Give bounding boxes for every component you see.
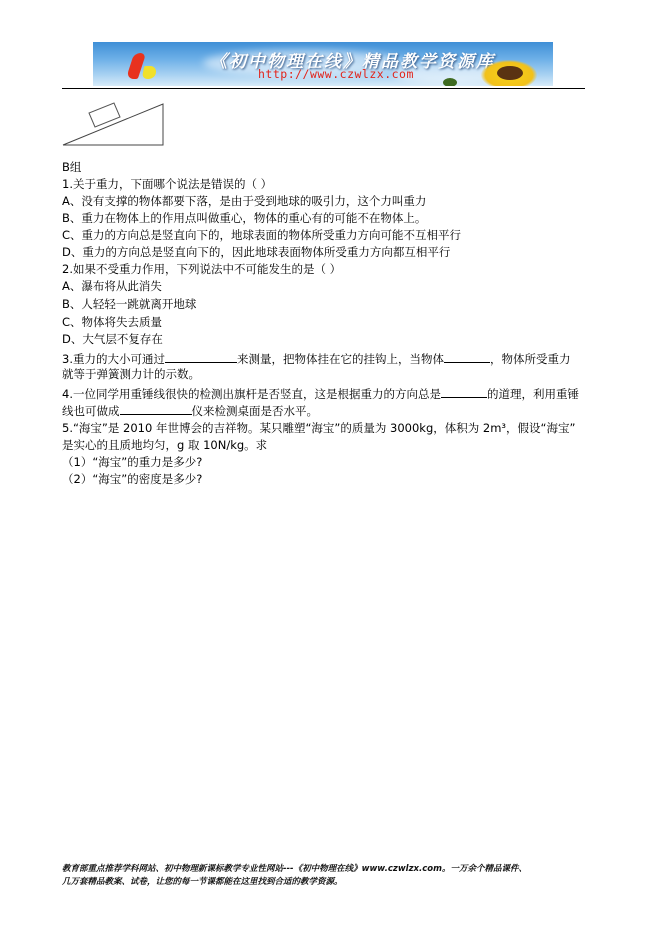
question-4-line-1: 4.一位同学用重锤线很快的检测出旗杆是否竖直，这是根据重力的方向总是的道理，利用… xyxy=(62,385,579,402)
question-3-blank-1[interactable] xyxy=(165,350,237,363)
banner-url: http://www.czwlzx.com xyxy=(258,67,414,81)
question-3-line-1: 3.重力的大小可通过来测量，把物体挂在它的挂钩上，当物体，物体所受重力 xyxy=(62,350,570,367)
question-3-text-2: 来测量，把物体挂在它的挂钩上，当物体 xyxy=(237,352,444,366)
leaf-decoration xyxy=(443,78,457,86)
question-2-option-b: B、人轻轻一跳就离开地球 xyxy=(62,297,196,312)
question-4-blank-1[interactable] xyxy=(441,385,487,398)
question-5-sub-2: （2）“海宝”的密度是多少? xyxy=(62,472,202,487)
logo-icon-secondary xyxy=(142,66,158,79)
question-2-option-a: A、瀑布将从此消失 xyxy=(62,279,162,294)
question-1-option-c: C、重力的方向总是竖直向下的，地球表面的物体所受重力方向可能不互相平行 xyxy=(62,228,461,243)
question-4-text-2: 的道理，利用重锤 xyxy=(487,387,579,401)
inclined-plane-figure xyxy=(60,98,170,154)
sunflower-center xyxy=(497,66,523,80)
footer-line-2: 几万套精品教案、试卷，让您的每一节课都能在这里找到合适的教学资源。 xyxy=(62,876,527,889)
inclined-plane-icon xyxy=(60,98,170,150)
question-4-blank-2[interactable] xyxy=(120,402,192,415)
question-2-option-c: C、物体将失去质量 xyxy=(62,315,162,330)
footer-line-1: 教育部重点推荐学科网站、初中物理新课标教学专业性网站---《初中物理在线》www… xyxy=(62,863,527,876)
question-3-line-2: 就等于弹簧测力计的示数。 xyxy=(62,367,200,382)
header-divider xyxy=(62,88,585,89)
question-3-text-3: ，物体所受重力 xyxy=(490,352,571,366)
question-5-line-1: 5.“海宝”是 2010 年世博会的吉祥物。某只雕塑“海宝”的质量为 3000k… xyxy=(62,421,575,436)
question-1-stem: 1.关于重力，下面哪个说法是错误的（ ） xyxy=(62,177,272,192)
question-5-line-2: 是实心的且质地均匀，g 取 10N/kg。求 xyxy=(62,438,267,453)
question-1-option-d: D、重力的方向总是竖直向下的，因此地球表面物体所受重力方向都互相平行 xyxy=(62,245,450,260)
question-3-text-1: 3.重力的大小可通过 xyxy=(62,352,165,366)
question-5-sub-1: （1）“海宝”的重力是多少? xyxy=(62,455,202,470)
header-banner: 《初中物理在线》精品教学资源库 http://www.czwlzx.com xyxy=(93,42,553,86)
question-4-text-4: 仪来检测桌面是否水平。 xyxy=(192,404,319,418)
question-4-text-1: 4.一位同学用重锤线很快的检测出旗杆是否竖直，这是根据重力的方向总是 xyxy=(62,387,441,401)
question-1-option-b: B、重力在物体上的作用点叫做重心，物体的重心有的可能不在物体上。 xyxy=(62,211,426,226)
question-1-option-a: A、没有支撑的物体都要下落，是由于受到地球的吸引力，这个力叫重力 xyxy=(62,194,426,209)
question-3-blank-2[interactable] xyxy=(444,350,490,363)
question-4-line-2: 线也可做成仪来检测桌面是否水平。 xyxy=(62,402,318,419)
group-label: B组 xyxy=(62,160,81,175)
question-4-text-3: 线也可做成 xyxy=(62,404,120,418)
question-2-option-d: D、大气层不复存在 xyxy=(62,332,163,347)
page-footer: 教育部重点推荐学科网站、初中物理新课标教学专业性网站---《初中物理在线》www… xyxy=(62,863,527,889)
question-2-stem: 2.如果不受重力作用，下列说法中不可能发生的是（ ） xyxy=(62,262,341,277)
